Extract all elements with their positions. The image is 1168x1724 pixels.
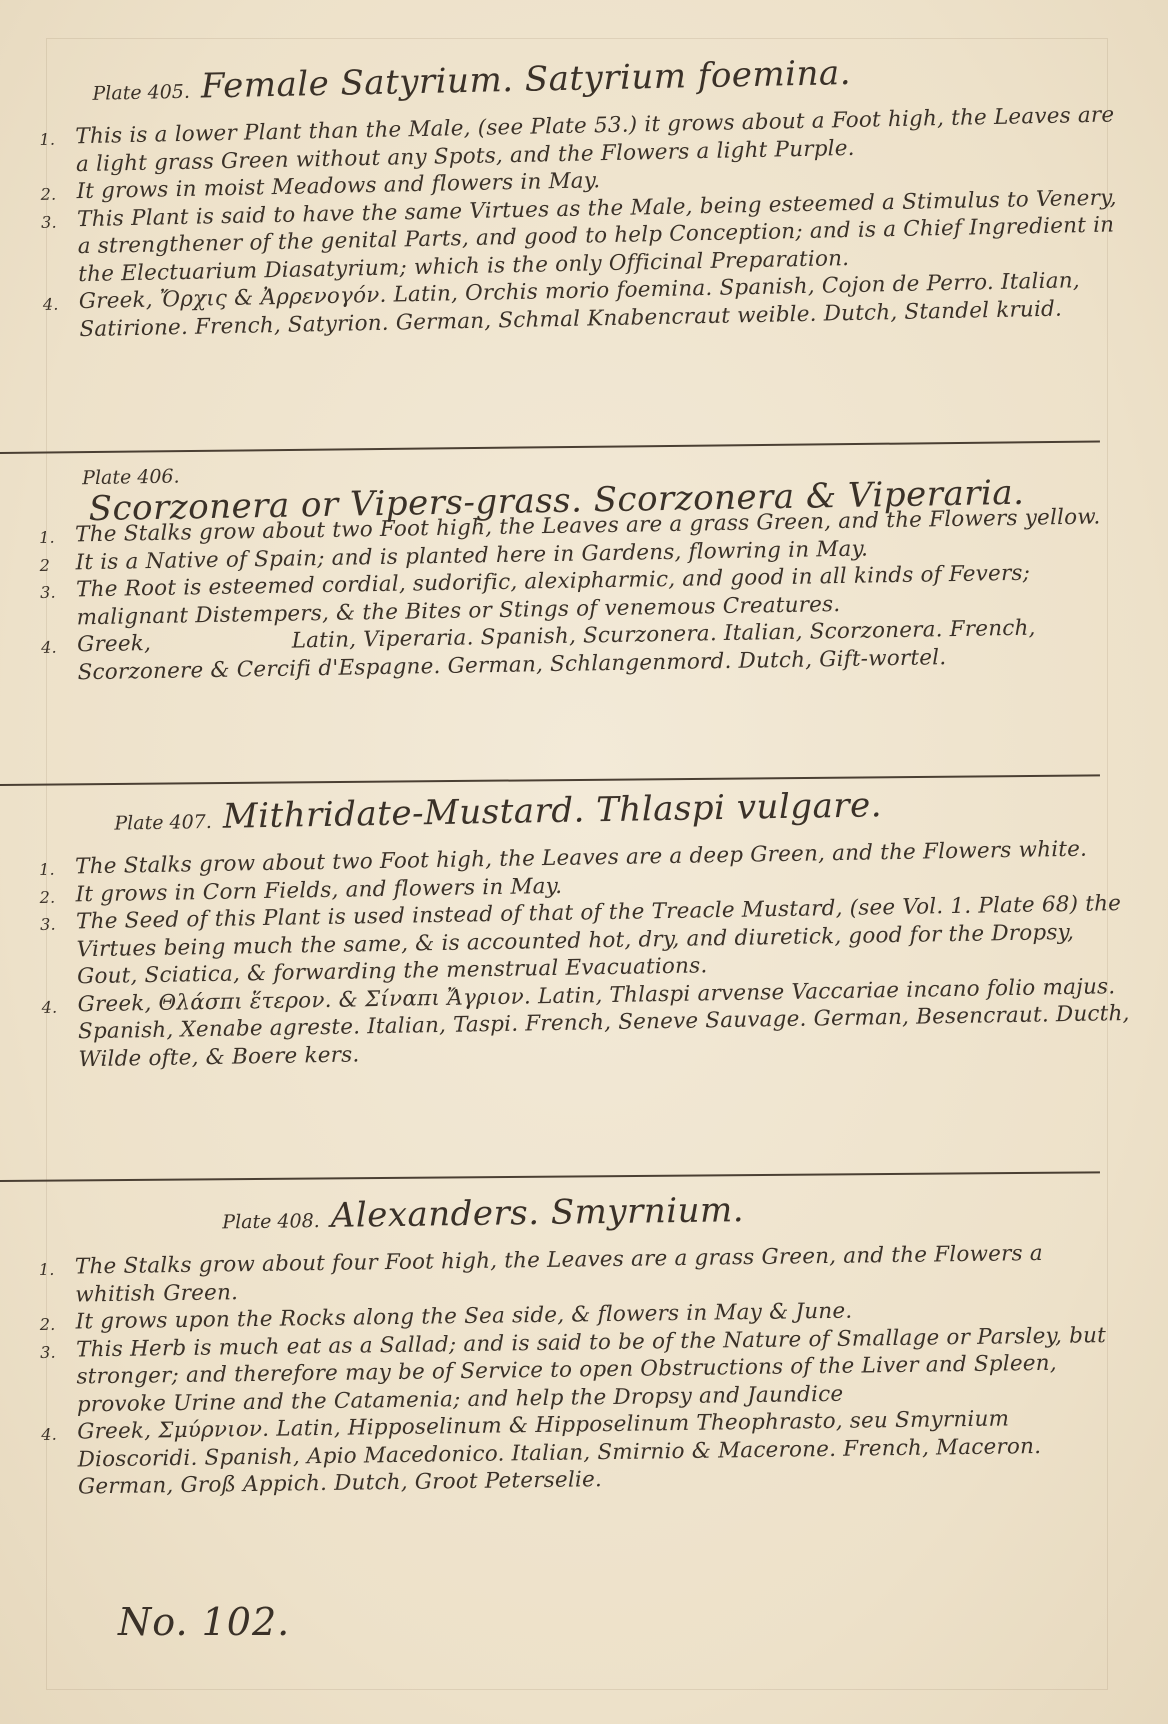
item-number: 2 bbox=[39, 551, 50, 579]
item-number: 3. bbox=[40, 911, 56, 939]
page-number: No. 102. bbox=[118, 1600, 290, 1644]
item-number: 3. bbox=[41, 208, 57, 236]
plate-number-label: Plate 407. bbox=[114, 811, 212, 835]
section-plate-405: Plate 405. Female Satyrium. Satyrium foe… bbox=[36, 47, 1131, 344]
plate-number-label: Plate 405. bbox=[92, 81, 190, 105]
item-number: 2. bbox=[40, 181, 56, 209]
plate-number-label: Plate 408. bbox=[222, 1210, 320, 1233]
plate-number-label: Plate 406. bbox=[82, 465, 180, 489]
plant-title: Alexanders. Smyrnium. bbox=[330, 1190, 744, 1236]
description-list: 1.The Stalks grow about two Foot high, t… bbox=[37, 835, 1131, 1074]
section-plate-407: Plate 407. Mithridate-Mustard. Thlaspi v… bbox=[36, 781, 1131, 1074]
item-text: This Herb is much eat as a Sallad; and i… bbox=[76, 1323, 1106, 1417]
item-number: 1. bbox=[39, 524, 55, 552]
item-number: 1. bbox=[39, 126, 55, 154]
engraved-page: Plate 405. Female Satyrium. Satyrium foe… bbox=[0, 0, 1168, 1724]
item-number: 4. bbox=[43, 291, 59, 319]
list-item: 3.This Herb is much eat as a Sallad; and… bbox=[38, 1321, 1129, 1419]
item-number: 1. bbox=[39, 856, 55, 884]
description-list: 1.The Stalks grow about two Foot high, t… bbox=[37, 503, 1130, 687]
item-text: Greek, Σμύρνιον. Latin, Hipposelinum & H… bbox=[77, 1406, 1041, 1499]
item-number: 4. bbox=[41, 1421, 57, 1449]
description-list: 1.This is a lower Plant than the Male, (… bbox=[37, 101, 1131, 344]
item-number: 4. bbox=[41, 993, 57, 1021]
item-number: 3. bbox=[40, 1338, 56, 1366]
item-number: 1. bbox=[39, 1256, 55, 1284]
section-plate-408: Plate 408. Alexanders. Smyrnium. 1.The S… bbox=[36, 1185, 1130, 1502]
item-text: Greek, Θλάσπι ἕτερον. & Σίναπι Ἄγριον. L… bbox=[77, 974, 1129, 1072]
description-list: 1.The Stalks grow about four Foot high, … bbox=[37, 1239, 1130, 1502]
item-number: 2. bbox=[40, 1311, 56, 1339]
list-item: 4.Greek, Σμύρνιον. Latin, Hipposelinum &… bbox=[39, 1404, 1130, 1502]
item-number: 4. bbox=[41, 634, 57, 662]
item-number: 2. bbox=[39, 883, 55, 911]
item-number: 3. bbox=[40, 579, 56, 607]
section-plate-406: Plate 406. Scorzonera or Vipers-grass. S… bbox=[36, 449, 1130, 687]
